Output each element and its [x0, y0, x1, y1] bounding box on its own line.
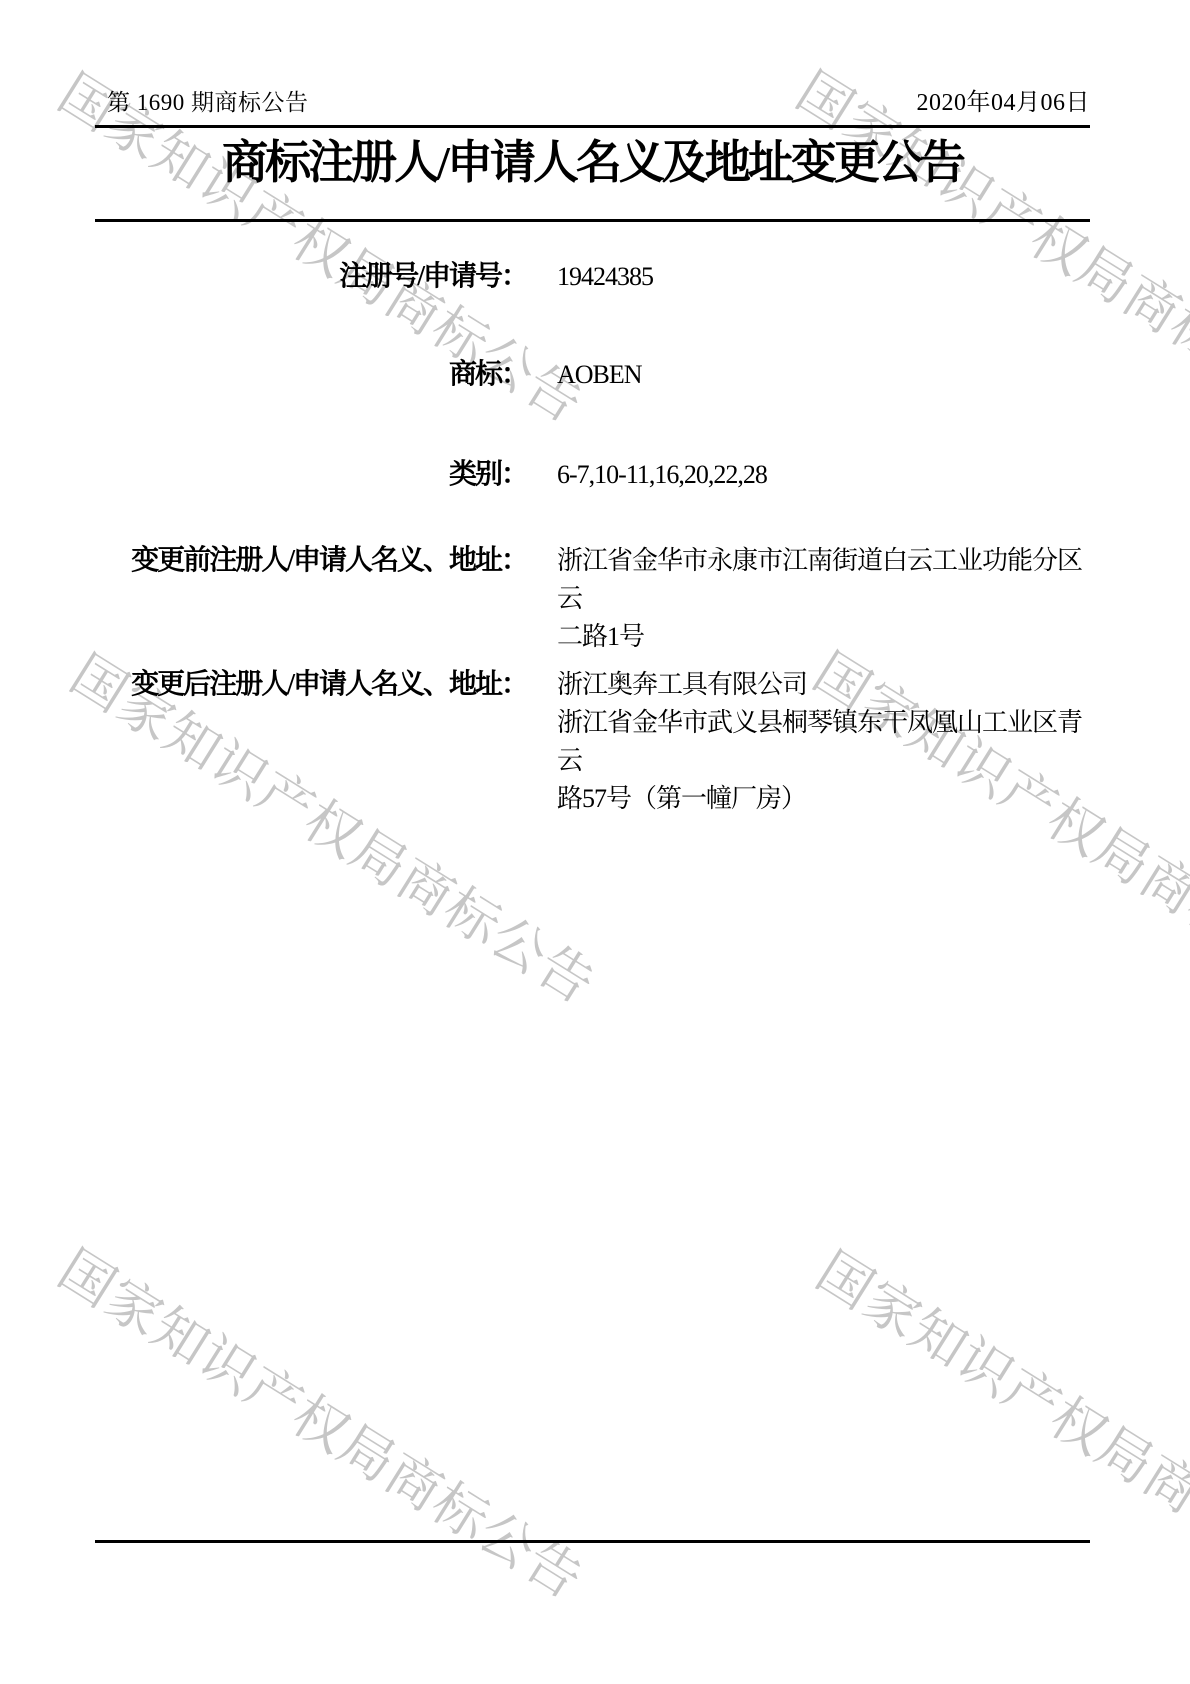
value-line: 路57号（第一幢厂房） — [557, 780, 1090, 818]
field-value: 浙江奥奔工具有限公司 浙江省金华市武义县桐琴镇东干凤凰山工业区青云 路57号（第… — [557, 666, 1090, 818]
value-line: 浙江省金华市武义县桐琴镇东干凤凰山工业区青云 — [557, 704, 1090, 780]
field-label: 变更后注册人/申请人名义、地址： — [95, 666, 527, 704]
field-row-before-change: 变更前注册人/申请人名义、地址： 浙江省金华市永康市江南街道白云工业功能分区云 … — [95, 542, 1090, 656]
field-label: 变更前注册人/申请人名义、地址： — [95, 542, 527, 580]
title-divider — [95, 219, 1090, 222]
field-value: 浙江省金华市永康市江南街道白云工业功能分区云 二路1号 — [557, 542, 1090, 656]
value-line: 6-7,10-11,16,20,22,28 — [557, 456, 1090, 494]
field-row-trademark: 商标： AOBEN — [95, 356, 1090, 394]
value-line: AOBEN — [557, 356, 1090, 394]
field-value: 6-7,10-11,16,20,22,28 — [557, 456, 1090, 494]
footer-divider — [95, 1540, 1090, 1543]
gazette-issue-number: 第 1690 期商标公告 — [95, 84, 309, 117]
field-label: 注册号/申请号： — [95, 258, 527, 296]
field-label: 商标： — [95, 356, 527, 394]
value-line: 浙江奥奔工具有限公司 — [557, 666, 1090, 704]
field-value: 19424385 — [557, 258, 1090, 296]
field-row-after-change: 变更后注册人/申请人名义、地址： 浙江奥奔工具有限公司 浙江省金华市武义县桐琴镇… — [95, 666, 1090, 818]
page-header: 第 1690 期商标公告 2020年04月06日 — [95, 82, 1090, 117]
gazette-page: 国家知识产权局商标公告 国家知识产权局商标公告 国家知识产权局商标公告 国家知识… — [0, 0, 1190, 1684]
gazette-date: 2020年04月06日 — [917, 82, 1091, 117]
field-label: 类别： — [95, 456, 527, 494]
page-title: 商标注册人/申请人名义及地址变更公告 — [95, 133, 1090, 193]
field-row-classes: 类别： 6-7,10-11,16,20,22,28 — [95, 456, 1090, 494]
page-content: 第 1690 期商标公告 2020年04月06日 商标注册人/申请人名义及地址变… — [0, 0, 1190, 1684]
header-divider — [95, 125, 1090, 128]
value-line: 19424385 — [557, 258, 1090, 296]
field-value: AOBEN — [557, 356, 1090, 394]
field-row-registration-number: 注册号/申请号： 19424385 — [95, 258, 1090, 296]
value-line: 二路1号 — [557, 618, 1090, 656]
value-line: 浙江省金华市永康市江南街道白云工业功能分区云 — [557, 542, 1090, 618]
